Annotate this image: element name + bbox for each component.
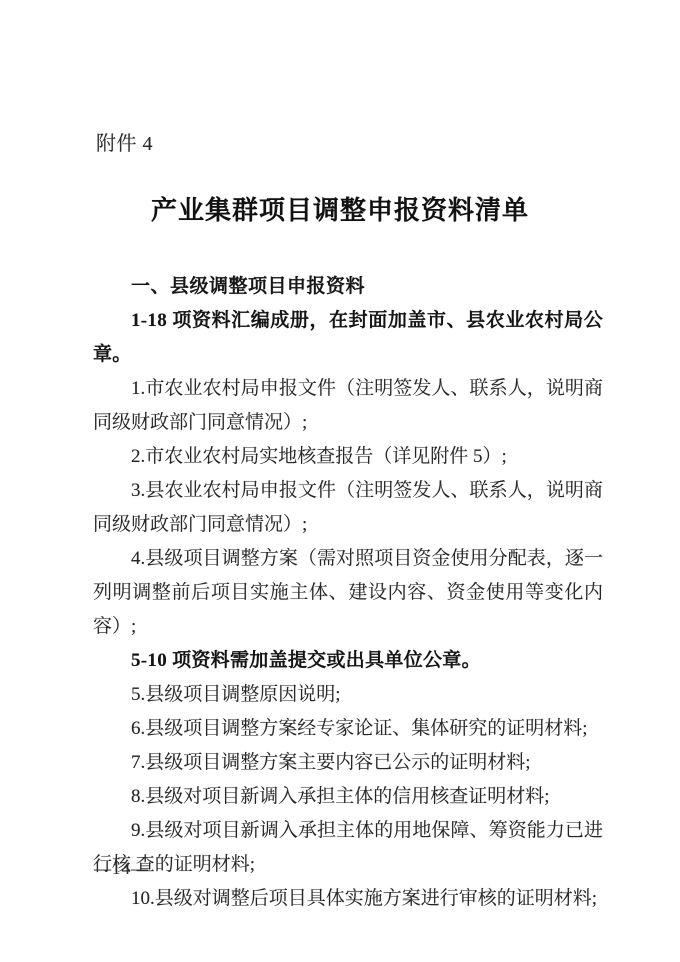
document-body: 一、县级调整项目申报资料 1-18 项资料汇编成册，在封面加盖市、县农业农村局公… [93, 270, 603, 916]
page-number: —14— [94, 858, 149, 880]
document-page: 附件 4 产业集群项目调整申报资料清单 一、县级调整项目申报资料 1-18 项资… [0, 0, 680, 962]
item-1: 1.市农业农村局申报文件（注明签发人、联系人，说明商同级财政部门同意情况）; [93, 372, 603, 440]
item-6: 6.县级项目调整方案经专家论证、集体研究的证明材料; [93, 712, 603, 746]
item-3: 3.县农业农村局申报文件（注明签发人、联系人，说明商同级财政部门同意情况）; [93, 474, 603, 542]
attachment-label: 附件 4 [96, 131, 153, 157]
item-10: 10.县级对调整后项目具体实施方案进行审核的证明材料; [93, 882, 603, 916]
item-9: 9.县级对项目新调入承担主体的用地保障、筹资能力已进行核 查的证明材料; [93, 814, 603, 882]
document-title: 产业集群项目调整申报资料清单 [0, 193, 680, 227]
section-heading: 一、县级调整项目申报资料 [93, 270, 603, 304]
note-items-5-10: 5-10 项资料需加盖提交或出具单位公章。 [93, 644, 603, 678]
item-2: 2.市农业农村局实地核查报告（详见附件 5）; [93, 440, 603, 474]
item-5: 5.县级项目调整原因说明; [93, 678, 603, 712]
note-items-1-18: 1-18 项资料汇编成册，在封面加盖市、县农业农村局公章。 [93, 304, 603, 372]
item-8: 8.县级对项目新调入承担主体的信用核查证明材料; [93, 780, 603, 814]
item-7: 7.县级项目调整方案主要内容已公示的证明材料; [93, 746, 603, 780]
item-4: 4.县级项目调整方案（需对照项目资金使用分配表，逐一列明调整前后项目实施主体、建… [93, 542, 603, 644]
